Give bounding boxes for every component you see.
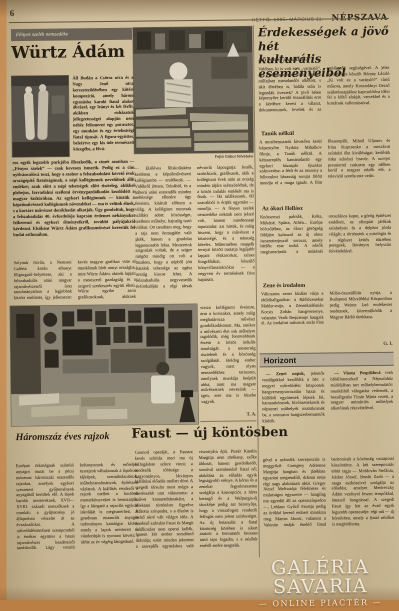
newspaper-page: 6 HÉTFŐ, 1985. MÁRCIUS 11. NÉPSZAVA Fény… <box>0 0 399 600</box>
article-title-wurtz: Würtz Ádám <box>11 42 125 62</box>
sculpture-photo <box>11 75 69 157</box>
events-intro-columns: Valóban, ki is volt ez a „varázsló”, aki… <box>258 65 390 128</box>
studio-wall-photo <box>10 304 198 426</box>
artist-studio-photo <box>133 26 253 153</box>
horizont-columns: — Zenei napok, jelentős vendégekkel kezd… <box>262 370 394 453</box>
wurtz-closing-column: vissza kollégiumi éveimre, arra a korsza… <box>200 304 256 413</box>
section-head-okori-hellasz: Az ókori Hellász <box>262 205 382 212</box>
section-zene-columns: Változatos zenei kínálat várja a rádióha… <box>261 290 393 341</box>
horizont-item: — Vlasta Pospíšilová cseh bábfilmrendező… <box>330 370 393 412</box>
page-number: 6 <box>10 8 15 18</box>
article-title-haromszaz: Háromszáz éves rajzok <box>15 431 123 445</box>
author-signature: T. A. <box>201 412 256 418</box>
article-title-faust: Faust — új köntösben <box>131 425 257 441</box>
horizont-section-header: Horizont <box>260 352 394 368</box>
watermark-line1: GALÉRIA SAVARIA <box>235 558 399 598</box>
side-column-rule <box>200 420 256 422</box>
photo-credit-caption: Fejtő Gábor felvételei <box>134 154 253 159</box>
wurtz-body-columns: Solymár István, a Nemzeti Galéria korán … <box>14 259 136 304</box>
wurtz-lead-paragraph: ros egyik legszebb parkjába illeszkedik,… <box>12 159 135 257</box>
watermark: GALÉRIA SAVARIA — ONLINE PIACTÉR — <box>235 558 399 600</box>
horizont-item: — Zenei napok, jelentős vendégekkel kezd… <box>262 371 325 425</box>
events-title-line1: Érdekességek a jövő hét <box>258 25 389 54</box>
section-head-tanuk-nelkul: Tanúk nélkül <box>261 130 381 137</box>
wurtz-interview-columns: — Elsőéves főiskolásként kerültem a képz… <box>134 164 255 302</box>
haromszaz-body-columns: Európai ritkaságnak számító anyagot muta… <box>16 462 139 590</box>
section-head-zene-es-irodalom: Zene és irodalom <box>263 282 383 289</box>
wurtz-intro-column: Áll Budán a Csörsz utca és a Nagy Jenő u… <box>72 75 134 157</box>
section-tanuk-columns: A mozibemutatót követően kerül képernyőr… <box>259 138 391 203</box>
article-kicker: Fényes szelek nemzedéke <box>11 28 132 41</box>
section-hellasz-columns: Knósszoszi paloták, Kréta, Mükéné, Spárt… <box>260 213 392 280</box>
events-signature: G. I. <box>330 342 392 348</box>
